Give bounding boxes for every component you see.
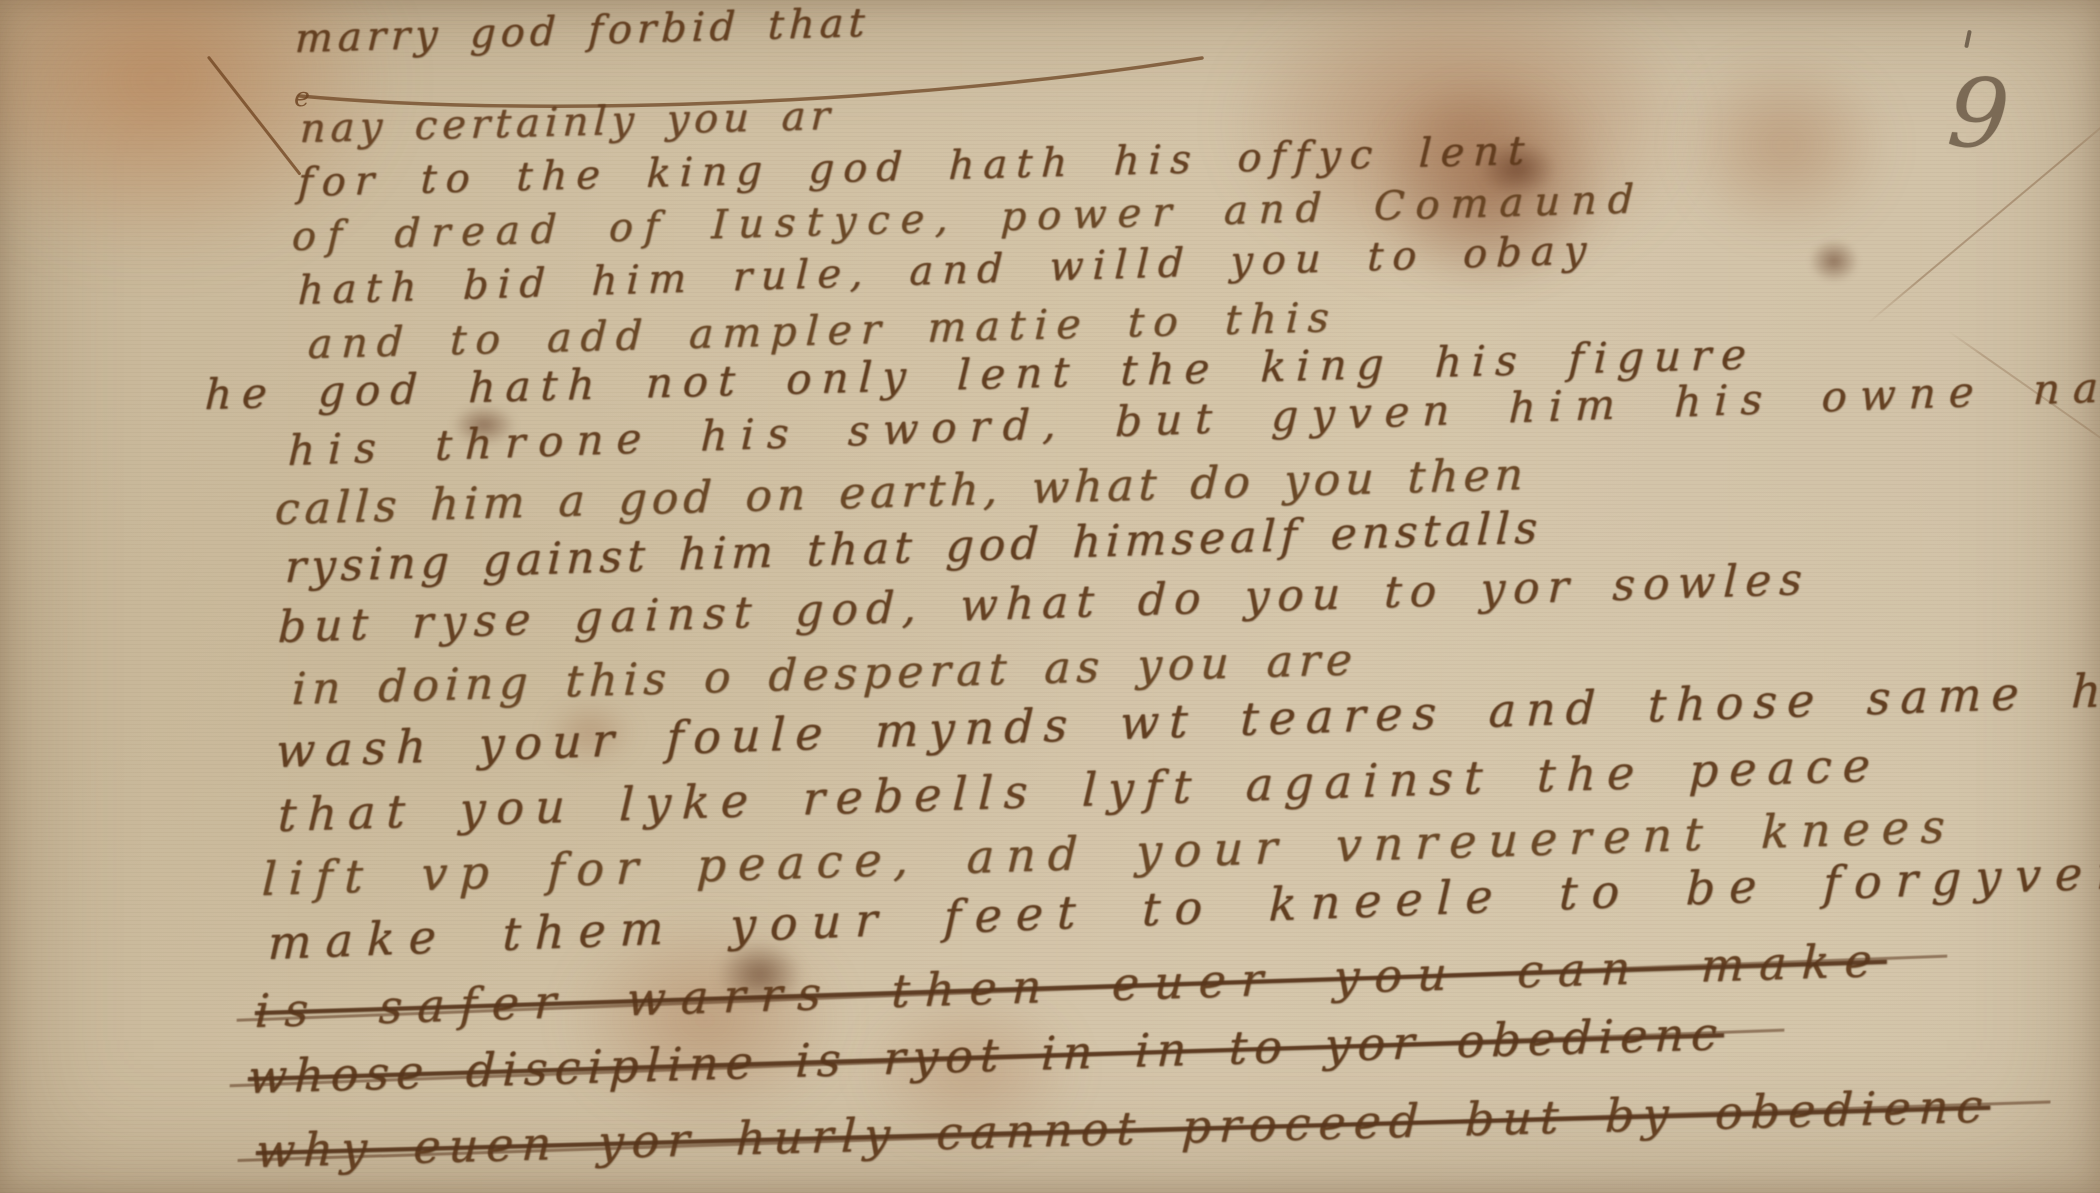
manuscript-line: marry god forbid that	[294, 0, 871, 62]
manuscript-page: e 9 marry god forbid thatnay certainly y…	[0, 0, 2100, 1193]
manuscript-text-block: marry god forbid thatnay certainly you a…	[0, 0, 2100, 1193]
manuscript-line: nay certainly you ar	[299, 93, 836, 152]
